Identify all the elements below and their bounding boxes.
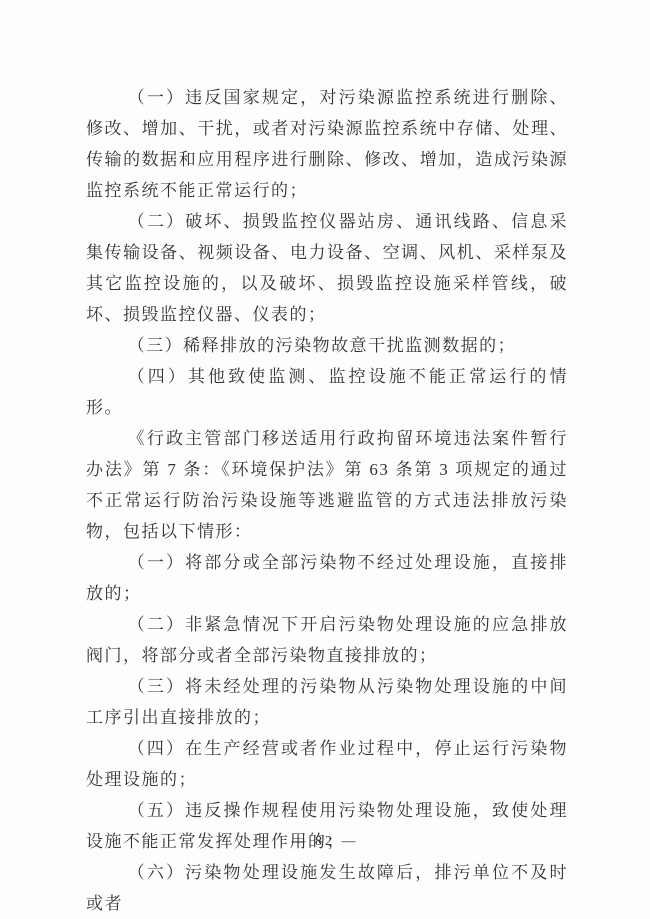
- paragraph-item-5: （一）将部分或全部污染物不经过处理设施，直接排放的；: [86, 547, 568, 609]
- paragraph-item-6: （二）非紧急情况下开启污染物处理设施的应急排放阀门，将部分或者全部污染物直接排放…: [86, 609, 568, 671]
- page-number: — 82 —: [0, 834, 650, 850]
- paragraph-item-1: （一）违反国家规定，对污染源监控系统进行删除、修改、增加、干扰，或者对污染源监控…: [86, 82, 568, 206]
- document-body: （一）违反国家规定，对污染源监控系统进行删除、修改、增加、干扰，或者对污染源监控…: [86, 82, 568, 919]
- paragraph-item-10: （六）污染物处理设施发生故障后，排污单位不及时或者: [86, 857, 568, 919]
- document-page: （一）违反国家规定，对污染源监控系统进行删除、修改、增加、干扰，或者对污染源监控…: [0, 0, 650, 919]
- paragraph-item-3: （三）稀释排放的污染物故意干扰监测数据的；: [86, 330, 568, 361]
- paragraph-item-8: （四）在生产经营或者作业过程中，停止运行污染物处理设施的；: [86, 733, 568, 795]
- paragraph-item-2: （二）破坏、损毁监控仪器站房、通讯线路、信息采集传输设备、视频设备、电力设备、空…: [86, 206, 568, 330]
- paragraph-item-4: （四）其他致使监测、监控设施不能正常运行的情形。: [86, 361, 568, 423]
- paragraph-clause-intro: 《行政主管部门移送适用行政拘留环境违法案件暂行办法》第 7 条：《环境保护法》第…: [86, 423, 568, 547]
- paragraph-item-7: （三）将未经处理的污染物从污染物处理设施的中间工序引出直接排放的；: [86, 671, 568, 733]
